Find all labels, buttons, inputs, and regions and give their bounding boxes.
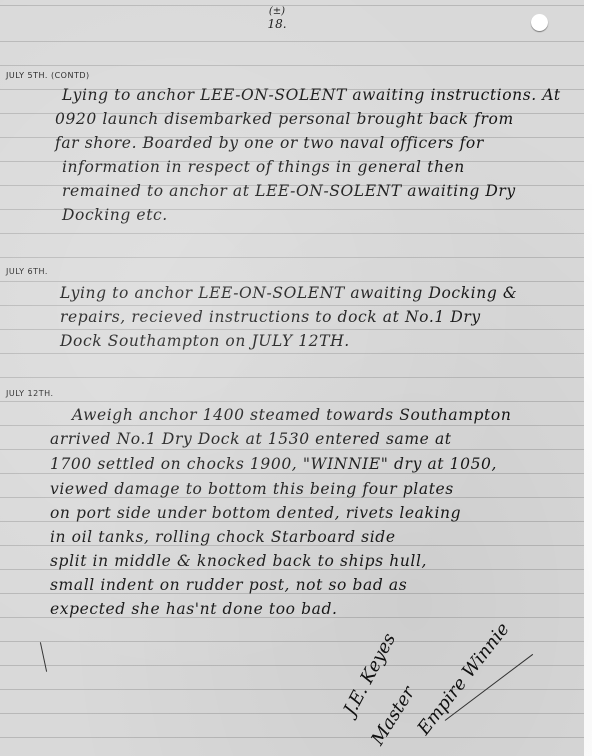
entry-line: expected she has'nt done too bad. bbox=[50, 600, 338, 618]
entry-line: repairs, recieved instructions to dock a… bbox=[60, 308, 481, 326]
entry-line: Lying to anchor LEE-ON-SOLENT awaiting i… bbox=[62, 86, 561, 104]
entry-line: Docking etc. bbox=[62, 206, 168, 224]
entry-line: Lying to anchor LEE-ON-SOLENT awaiting D… bbox=[60, 284, 517, 302]
entry-line: split in middle & knocked back to ships … bbox=[50, 552, 427, 570]
entry-line: Dock Southampton on JULY 12TH. bbox=[60, 332, 350, 350]
entry-line: on port side under bottom dented, rivets… bbox=[50, 504, 461, 522]
entry-date: JULY 6TH. bbox=[6, 267, 48, 276]
punch-hole bbox=[531, 14, 548, 31]
log-page: (±) 18. JULY 5TH. (CONTD) Lying to ancho… bbox=[0, 0, 592, 756]
entry-line: far shore. Boarded by one or two naval o… bbox=[55, 134, 484, 152]
page-number: (±) 18. bbox=[262, 6, 292, 30]
entry-line: 1700 settled on chocks 1900, "WINNIE" dr… bbox=[50, 455, 497, 473]
entry-line: small indent on rudder post, not so bad … bbox=[50, 576, 407, 594]
page-edge bbox=[584, 0, 592, 756]
pen-mark bbox=[40, 642, 47, 672]
entry-date: JULY 12TH. bbox=[6, 389, 54, 398]
entry-line: information in respect of things in gene… bbox=[62, 158, 465, 176]
entry-line: Aweigh anchor 1400 steamed towards South… bbox=[72, 406, 511, 424]
page-number-value: 18. bbox=[267, 17, 286, 31]
entry-line: 0920 launch disembarked personal brought… bbox=[55, 110, 514, 128]
entry-date: JULY 5TH. (CONTD) bbox=[6, 71, 90, 80]
entry-line: arrived No.1 Dry Dock at 1530 entered sa… bbox=[50, 430, 452, 448]
entry-line: viewed damage to bottom this being four … bbox=[50, 480, 454, 498]
signature-title: Master bbox=[367, 683, 419, 749]
entry-line: remained to anchor at LEE-ON-SOLENT awai… bbox=[62, 182, 516, 200]
entry-line: in oil tanks, rolling chock Starboard si… bbox=[50, 528, 396, 546]
